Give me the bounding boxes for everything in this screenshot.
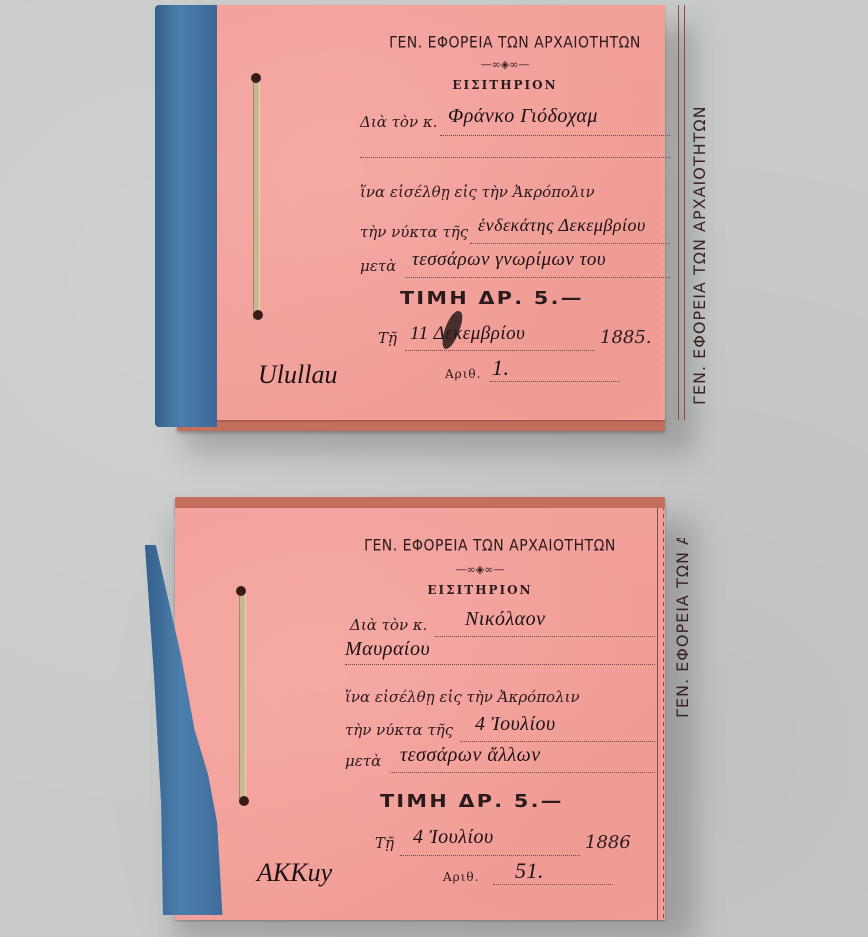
ticket-book-1886: ΓΕΝ. ΕΦΟΡΕΙΑ ΤΩΝ ΑΡΧΑΙΟΤΗΤΩΝ ΓΕΝ. ΕΦΟΡΕΙ… — [145, 500, 675, 925]
date-label: Τῇ — [375, 834, 394, 852]
night-label: τὴν νύκτα τῆς — [345, 721, 453, 739]
for-label: Διὰ τὸν κ. — [360, 113, 437, 131]
binding-hole — [236, 586, 246, 596]
price-label: ΤΙΜΗ ΔΡ. 5.— — [380, 791, 564, 812]
torn-stub-edge — [661, 5, 669, 420]
binding-hole — [239, 796, 249, 806]
handwritten-date: 11 Δεκεμβρίου — [410, 323, 525, 345]
handwritten-number: 1. — [492, 355, 510, 381]
handwritten-name: Φράνκο Γιόδοχαμ — [448, 105, 598, 128]
date-line — [400, 855, 580, 856]
night-line — [470, 243, 670, 244]
with-label: μετὰ — [345, 752, 381, 770]
handwritten-night: 4 Ἰουλίου — [475, 713, 556, 736]
ticket-page: ΓΕΝ. ΕΦΟΡΕΙΑ ΤΩΝ ΑΡΧΑΙΟΤΗΤΩΝ ΓΕΝ. ΕΦΟΡΕΙ… — [175, 508, 665, 920]
binding-hole — [251, 73, 261, 83]
perforation-rule — [678, 5, 685, 420]
date-label: Τῇ — [378, 329, 397, 347]
ticket-book-1885: ΓΕΝ. ΕΦΟΡΕΙΑ ΤΩΝ ΑΡΧΑΙΟΤΗΤΩΝ ΓΕΝ. ΕΦΟΡΕΙ… — [155, 5, 675, 435]
night-line — [460, 741, 655, 742]
name-line-2 — [360, 157, 670, 158]
ornament-divider-icon: —∞◈∞— — [465, 59, 545, 71]
year: 1886 — [585, 832, 631, 853]
ticket-title: ΕΙΣΙΤΗΡΙΟΝ — [425, 78, 585, 92]
night-label: τὴν νύκτα τῆς — [360, 223, 468, 241]
number-line — [490, 381, 620, 382]
torn-stub-edge — [661, 508, 669, 920]
stub-authority-text: ΓΕΝ. ΕΦΟΡΕΙΑ ΤΩΝ ΑΡΧΑΙΟΤΗΤΩΝ — [690, 65, 709, 405]
name-line — [435, 636, 655, 637]
handwritten-companions: τεσσάρων γνωρίμων του — [412, 249, 606, 271]
with-line — [390, 772, 655, 773]
name-line-2 — [345, 664, 655, 665]
handwritten-date: 4 Ἰουλίου — [413, 826, 494, 849]
handwritten-night: ἑνδεκάτης Δεκεμβρίου — [478, 215, 646, 236]
number-label: Αριθ. — [443, 870, 479, 884]
ornament-divider-icon: —∞◈∞— — [440, 564, 520, 576]
binding-thread — [253, 80, 260, 320]
enter-acropolis-text: ἵνα εἰσέλθῃ εἰς τὴν Ἀκρόπολιν — [360, 183, 595, 201]
signature: Ulullau — [258, 360, 337, 390]
number-label: Αριθ. — [445, 367, 481, 381]
issuing-authority: ΓΕΝ. ΕΦΟΡΕΙΑ ΤΩΝ ΑΡΧΑΙΟΤΗΤΩΝ — [365, 34, 665, 52]
ticket-page: ΓΕΝ. ΕΦΟΡΕΙΑ ΤΩΝ ΑΡΧΑΙΟΤΗΤΩΝ ΓΕΝ. ΕΦΟΡΕΙ… — [200, 5, 665, 420]
handwritten-number: 51. — [515, 858, 544, 884]
with-line — [405, 277, 670, 278]
handwritten-companions: τεσσάρων ἄλλων — [400, 744, 541, 767]
handwritten-name: Νικόλαον — [465, 608, 546, 631]
stub-authority-text: ΓΕΝ. ΕΦΟΡΕΙΑ ΤΩΝ ΑΡΧΑΙΟΤΗΤΩΝ — [673, 538, 692, 718]
issuing-authority: ΓΕΝ. ΕΦΟΡΕΙΑ ΤΩΝ ΑΡΧΑΙΟΤΗΤΩΝ — [340, 537, 640, 555]
for-label: Διὰ τὸν κ. — [350, 616, 427, 634]
signature: AKKuy — [257, 858, 332, 888]
date-line — [405, 350, 595, 351]
price-label: ΤΙΜΗ ΔΡ. 5.— — [400, 288, 584, 309]
handwritten-name-line2: Μαυραίου — [345, 638, 430, 661]
enter-acropolis-text: ἵνα εἰσέλθῃ εἰς τὴν Ἀκρόπολιν — [345, 688, 580, 706]
number-line — [493, 884, 613, 885]
with-label: μετὰ — [360, 257, 396, 275]
ticket-title: ΕΙΣΙΤΗΡΙΟΝ — [400, 583, 560, 597]
binding-hole — [253, 310, 263, 320]
name-line — [440, 135, 670, 136]
year: 1885. — [600, 327, 652, 348]
blue-cloth-spine — [155, 5, 217, 427]
binding-thread — [239, 590, 246, 800]
